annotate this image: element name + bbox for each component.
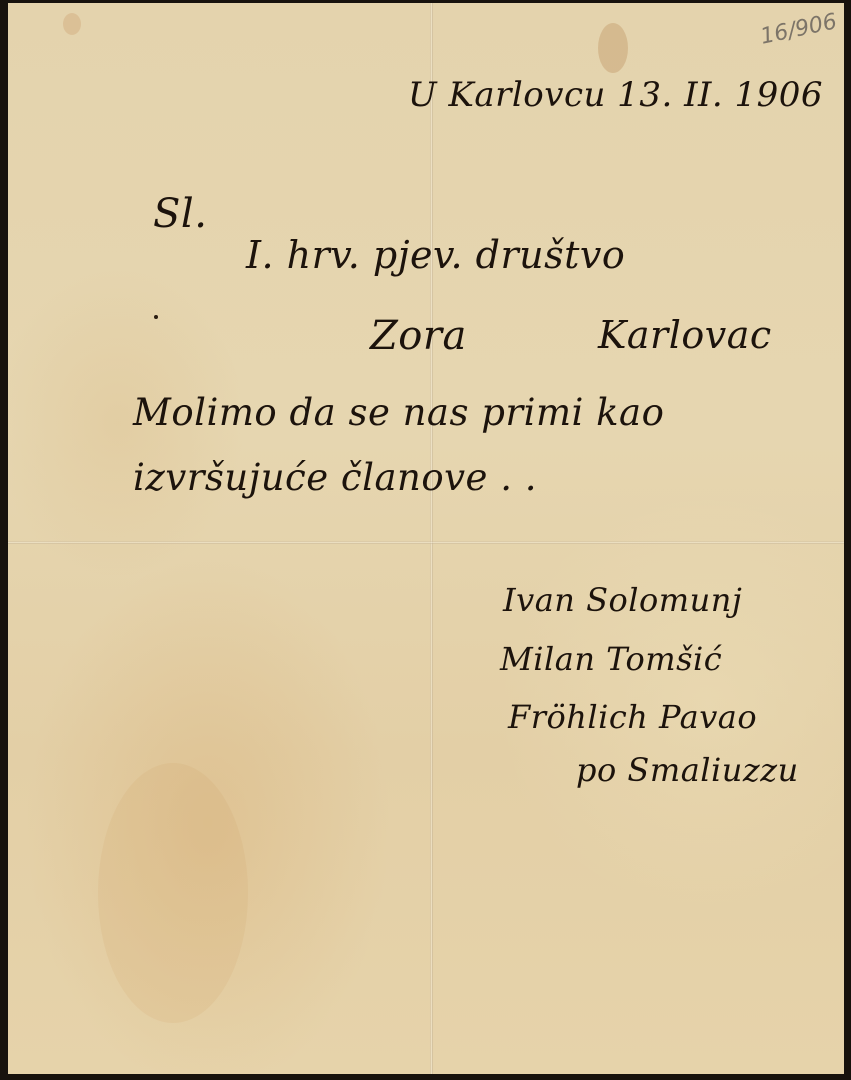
addressee-name: Zora	[370, 313, 467, 359]
vertical-fold-line	[430, 3, 433, 1074]
stain	[63, 13, 81, 35]
scan-frame: 16/906 U Karlovcu 13. II. 1906 Sl. I. hr…	[0, 0, 851, 1080]
horizontal-fold-line	[8, 541, 844, 544]
signature-2: Milan Tomšić	[500, 640, 722, 678]
signature-3: Fröhlich Pavao	[508, 698, 757, 736]
body-line-2: izvršujuće članove . .	[133, 456, 537, 499]
addressee-society: I. hrv. pjev. društvo	[246, 233, 625, 277]
archive-number: 16/906	[758, 9, 839, 50]
place-date: U Karlovcu 13. II. 1906	[408, 75, 823, 115]
signature-4: po Smaliuzzu	[576, 751, 799, 789]
stain	[598, 23, 628, 73]
letter-paper: 16/906 U Karlovcu 13. II. 1906 Sl. I. hr…	[8, 3, 844, 1074]
body-line-1: Molimo da se nas primi kao	[133, 391, 664, 434]
stain	[98, 763, 248, 1023]
addressee-place: Karlovac	[598, 313, 772, 357]
signature-1: Ivan Solomunj	[503, 581, 742, 619]
salutation: Sl.	[153, 191, 207, 237]
ink-dot	[154, 315, 158, 319]
